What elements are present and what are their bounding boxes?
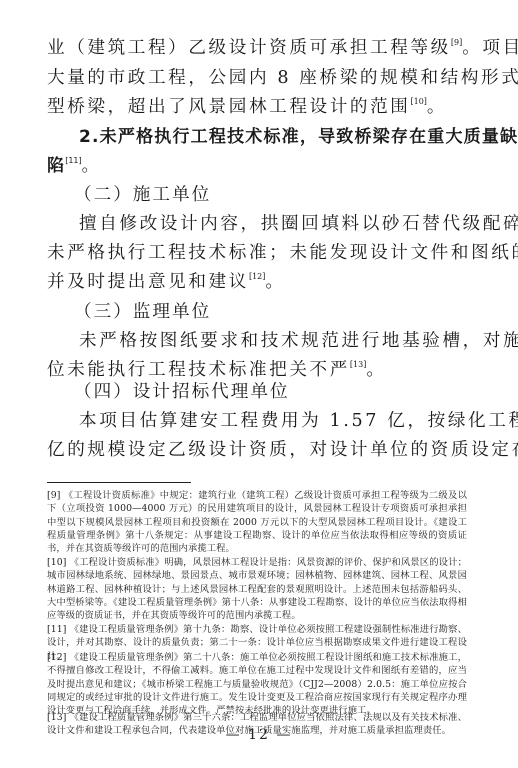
footnote-ref-10[interactable]: [10] [411,97,427,106]
footnote-text: 《工程设计资质标准》中规定：建筑行业（建筑工程）乙级设计资质可承担工程等级为二级… [47,490,467,554]
body-line: 业（建筑工程）乙级设计资质可承担工程等级[9]。项目中有 [47,37,461,59]
footnote-label: [11] [47,624,66,635]
body-line: 擅自修改设计内容，拱圈回填料以砂石替代级配碎石， [79,213,461,235]
body-line: 型桥梁，超出了风景园林工程设计的范围[10]。 [47,96,461,118]
section-title-supervision: （三）监理单位 [74,301,456,323]
line-text: 大量的市政工程，公园内 8 座桥梁的规模和结构形式为大中 [47,68,518,88]
page-number: — 12 — [0,727,518,743]
line-text: 业（建筑工程）乙级设计资质可承担工程等级 [47,38,451,58]
body-line: 并及时提出意见和建议[12]。 [47,271,461,293]
line-text: 亿的规模设定乙级设计资质，对设计单位的资质设定存在错 [47,440,518,460]
section-heading-2: 2.未严格执行工程技术标准，导致桥梁存在重大质量缺 [79,126,461,148]
line-tail: 。 [265,272,285,292]
line-text: 擅自修改设计内容，拱圈回填料以砂石替代级配碎石， [79,214,518,234]
footnote-10: [10] 《工程设计资质标准》明确，风景园林工程设计是指：风景资源的评价、保护和… [47,556,467,622]
body-line: 未严格按图纸要求和技术规范进行地基验槽，对施工单 [79,330,461,352]
footnote-ref-13[interactable]: [13] [350,360,366,369]
footnote-label: [10] [47,557,66,568]
heading-text: 陷 [47,156,65,176]
line-text: 型桥梁，超出了风景园林工程设计的范围 [47,97,411,117]
heading-text: 2.未严格执行工程技术标准，导致桥梁存在重大质量缺 [79,127,518,147]
section-heading-2-cont: 陷[11]。 [47,155,461,177]
footnote-ref-12[interactable]: [12] [249,272,265,281]
line-text: 未严格执行工程技术标准；未能发现设计文件和图纸的差错 [47,243,518,263]
body-line: 位未能执行工程技术标准把关不严[13]。 [47,359,461,381]
section-title-construction: （二）施工单位 [74,184,456,206]
line-text: 本项目估算建安工程费用为 1.57 亿，按绿化工程 0.19 [79,411,518,431]
footnote-9: [9] 《工程设计资质标准》中规定：建筑行业（建筑工程）乙级设计资质可承担工程等… [47,489,467,555]
body-line: 亿的规模设定乙级设计资质，对设计单位的资质设定存在错 [47,439,461,461]
footnote-label: [12] [47,652,66,663]
body-line: 本项目估算建安工程费用为 1.57 亿，按绿化工程 0.19 [79,410,461,432]
body-line: 大量的市政工程，公园内 8 座桥梁的规模和结构形式为大中 [47,67,461,89]
line-tail: 。项目中有 [462,38,518,58]
line-text: 未严格按图纸要求和技术规范进行地基验槽，对施工单 [79,331,518,351]
footnote-label: [13] [47,712,66,723]
footnote-ref-11[interactable]: [11] [65,156,81,165]
body-line: 未严格执行工程技术标准；未能发现设计文件和图纸的差错 [47,242,461,264]
line-tail: 。 [427,97,447,117]
footnote-text: 《建设工程质量管理条例》第二十八条：施工单位必须按照工程设计图纸和施工技术标准施… [47,652,467,716]
footnote-text: 《工程设计资质标准》明确，风景园林工程设计是指：风景资源的评价、保护和风景区的设… [47,557,467,621]
footnote-12: [12] 《建设工程质量管理条例》第二十八条：施工单位必须按照工程设计图纸和施工… [47,651,467,717]
footnote-separator [47,482,191,483]
line-tail: 。 [366,360,386,380]
line-text: 位未能执行工程技术标准把关不严 [47,360,350,380]
document-page: 业（建筑工程）乙级设计资质可承担工程等级[9]。项目中有 大量的市政工程，公园内… [0,0,518,768]
section-title-bidding: （四）设计招标代理单位 [74,381,456,403]
footnote-ref-9[interactable]: [9] [451,38,462,47]
line-text: 并及时提出意见和建议 [47,272,249,292]
heading-tail: 。 [82,156,100,176]
footnote-label: [9] [47,490,60,501]
